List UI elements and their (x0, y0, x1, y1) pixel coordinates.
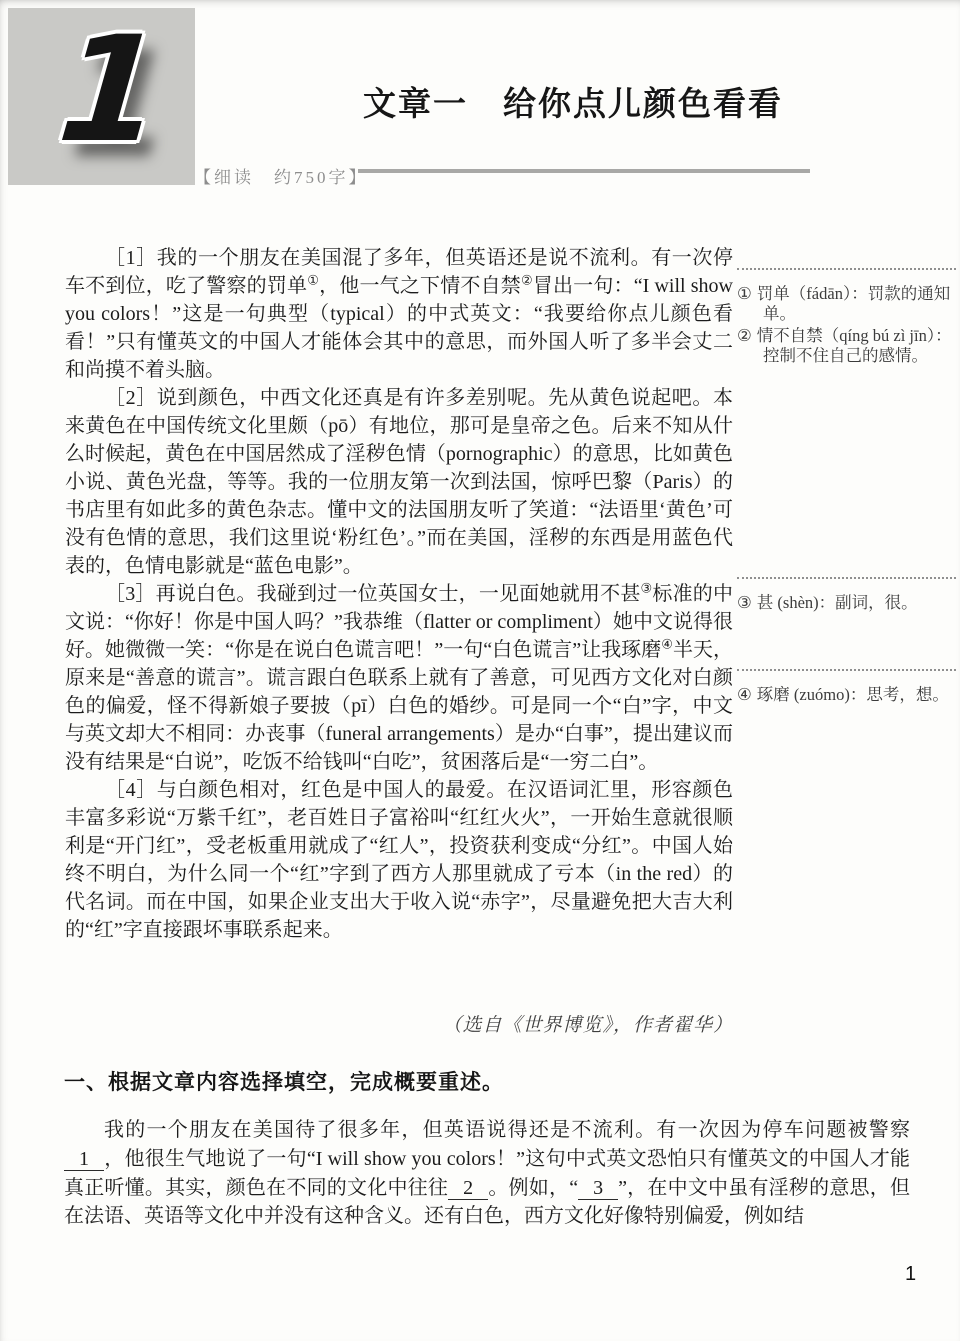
fill-in-blank: 1 (64, 1148, 104, 1171)
note-group: ①罚单（fádān）：罚款的通知单。 ②情不自禁（qíng bú zì jīn）… (737, 268, 956, 368)
article-paragraph: ［1］我的一个朋友在美国混了多年，但英语还是说不流利。有一次停车不到位，吃了警察… (65, 244, 733, 384)
note-text: 情不自禁（qíng bú zì jīn）：控制不住自己的感情。 (757, 326, 952, 365)
page-number: 1 (905, 1263, 916, 1286)
footnote-ref: ④ (661, 636, 673, 651)
note-number: ② (737, 326, 752, 345)
note-text: 甚 (shèn)：副词，很。 (757, 593, 918, 612)
note-number: ① (737, 284, 752, 303)
footnote-ref: ① (307, 272, 319, 287)
margin-note: ②情不自禁（qíng bú zì jīn）：控制不住自己的感情。 (737, 326, 956, 365)
unit-number-block: 1 (8, 8, 195, 185)
note-number: ④ (737, 685, 752, 704)
article-paragraph: ［3］再说白色。我碰到过一位英国女士，一见面她就用不甚③标准的中文说：“你好！你… (65, 580, 733, 776)
article-title: 文章一 给你点儿颜色看看 (363, 78, 783, 125)
note-group: ④琢磨 (zuómo)：思考，想。 (737, 669, 956, 708)
attribution: （选自《世界博览》，作者翟华） (65, 1010, 733, 1037)
exercise-heading: 一、根据文章内容选择填空，完成概要重述。 (64, 1066, 504, 1096)
article-body: ［1］我的一个朋友在美国混了多年，但英语还是说不流利。有一次停车不到位，吃了警察… (65, 244, 733, 944)
article-paragraph: ［2］说到颜色，中西文化还真是有许多差别呢。先从黄色说起吧。本来黄色在中国传统文… (65, 384, 733, 580)
reading-meta-label: 【细读 约750字】 (194, 163, 369, 188)
note-text: 琢磨 (zuómo)：思考，想。 (757, 685, 949, 704)
margin-note: ③甚 (shèn)：副词，很。 (737, 593, 956, 613)
margin-note: ①罚单（fádān）：罚款的通知单。 (737, 284, 956, 323)
footnote-ref: ③ (641, 580, 653, 595)
textbook-page: 1 文章一 给你点儿颜色看看 【细读 约750字】 ［1］我的一个朋友在美国混了… (0, 0, 960, 1341)
summary-paragraph: 我的一个朋友在美国待了很多年，但英语说得还是不流利。有一次因为停车问题被警察1，… (64, 1116, 910, 1231)
note-text: 罚单（fádān）：罚款的通知单。 (757, 284, 950, 323)
note-group: ③甚 (shèn)：副词，很。 (737, 577, 956, 616)
dotted-divider (737, 669, 956, 671)
fill-in-blank: 3 (578, 1177, 618, 1200)
unit-number: 1 (53, 14, 168, 167)
note-number: ③ (737, 593, 752, 612)
fill-in-blank: 2 (448, 1177, 488, 1200)
margin-note: ④琢磨 (zuómo)：思考，想。 (737, 685, 956, 705)
footnote-ref: ② (521, 272, 533, 287)
dotted-divider (737, 268, 956, 270)
dotted-divider (737, 577, 956, 579)
article-paragraph: ［4］与白颜色相对，红色是中国人的最爱。在汉语词汇里，形容颜色丰富多彩说“万紫千… (65, 776, 733, 944)
